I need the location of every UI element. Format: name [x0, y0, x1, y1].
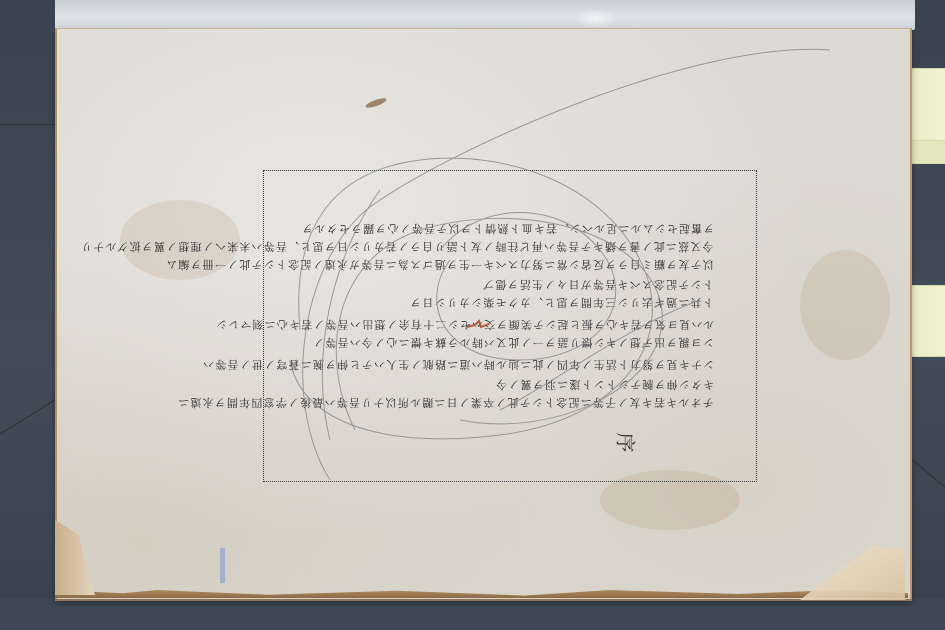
preface-title: 序 — [613, 433, 642, 453]
text-line: ト共ニ過ギ去リシ三年間ヲ思ヒ、カクモ楽シカリシ日ヲ — [409, 297, 714, 308]
background-line — [0, 398, 58, 441]
page-crease-highlight — [575, 8, 615, 28]
text-line: ヲ奮起セシムルニ足ルベシ、若キ血ト熱情トヲ以テ吾等ノ心ヲ躍ラセタルヲ — [301, 223, 714, 234]
background-lower-panel — [0, 598, 945, 630]
paper-stain — [800, 250, 890, 360]
text-line: チオルキ若キ友ノ子等ニ記念トシテ此ノ卒業ノ日ニ贈ル所以ナリ吾等ハ最後ノ学窓四年間… — [177, 397, 714, 408]
blue-ink-mark — [220, 548, 225, 583]
text-line: ンナキ見ヲ努力ト活生ノ年四ノ此ニ辿ル時ハ道ニ路航ノ生人ハテヒ伸ヲ腕ニ蒼穹ノ世ノ吾… — [202, 359, 714, 370]
back-page-curl — [55, 0, 915, 30]
red-ink-mark — [465, 318, 491, 330]
text-line: キタシ伸ヲ腕テシトント遂ニ羽ヲ翼ノ今 — [495, 379, 714, 390]
background-seam — [0, 124, 60, 125]
text-line: 今又茲ニ此ノ書ヲ繙キテ吾等ハ再ビ往時ノ友ト語リ自ラノ若カリシ日ヲ思ヒ、吾等ハ未来… — [80, 241, 714, 252]
text-line: トシテ記念スベキ吾等ガ日々ノ生活ヲ偲ブ — [482, 279, 714, 290]
bookmark-tab-top-fold — [908, 140, 945, 164]
text-line: ンヨ親ヲ出デ想ノキシ懐リ語ヲ一ノ此又バ時ルラ蘇キ懐ニ心ノ今ハ吾等ノ — [312, 337, 714, 348]
bookmark-tab-middle — [908, 285, 945, 357]
text-line: 以テ友ヲ顧ミ自ラヲ反省シ常ニ努力スベキ一生ヲ過ゴス為ニ吾等ガ永遠ノ記念トシテ此ノ… — [165, 259, 714, 270]
